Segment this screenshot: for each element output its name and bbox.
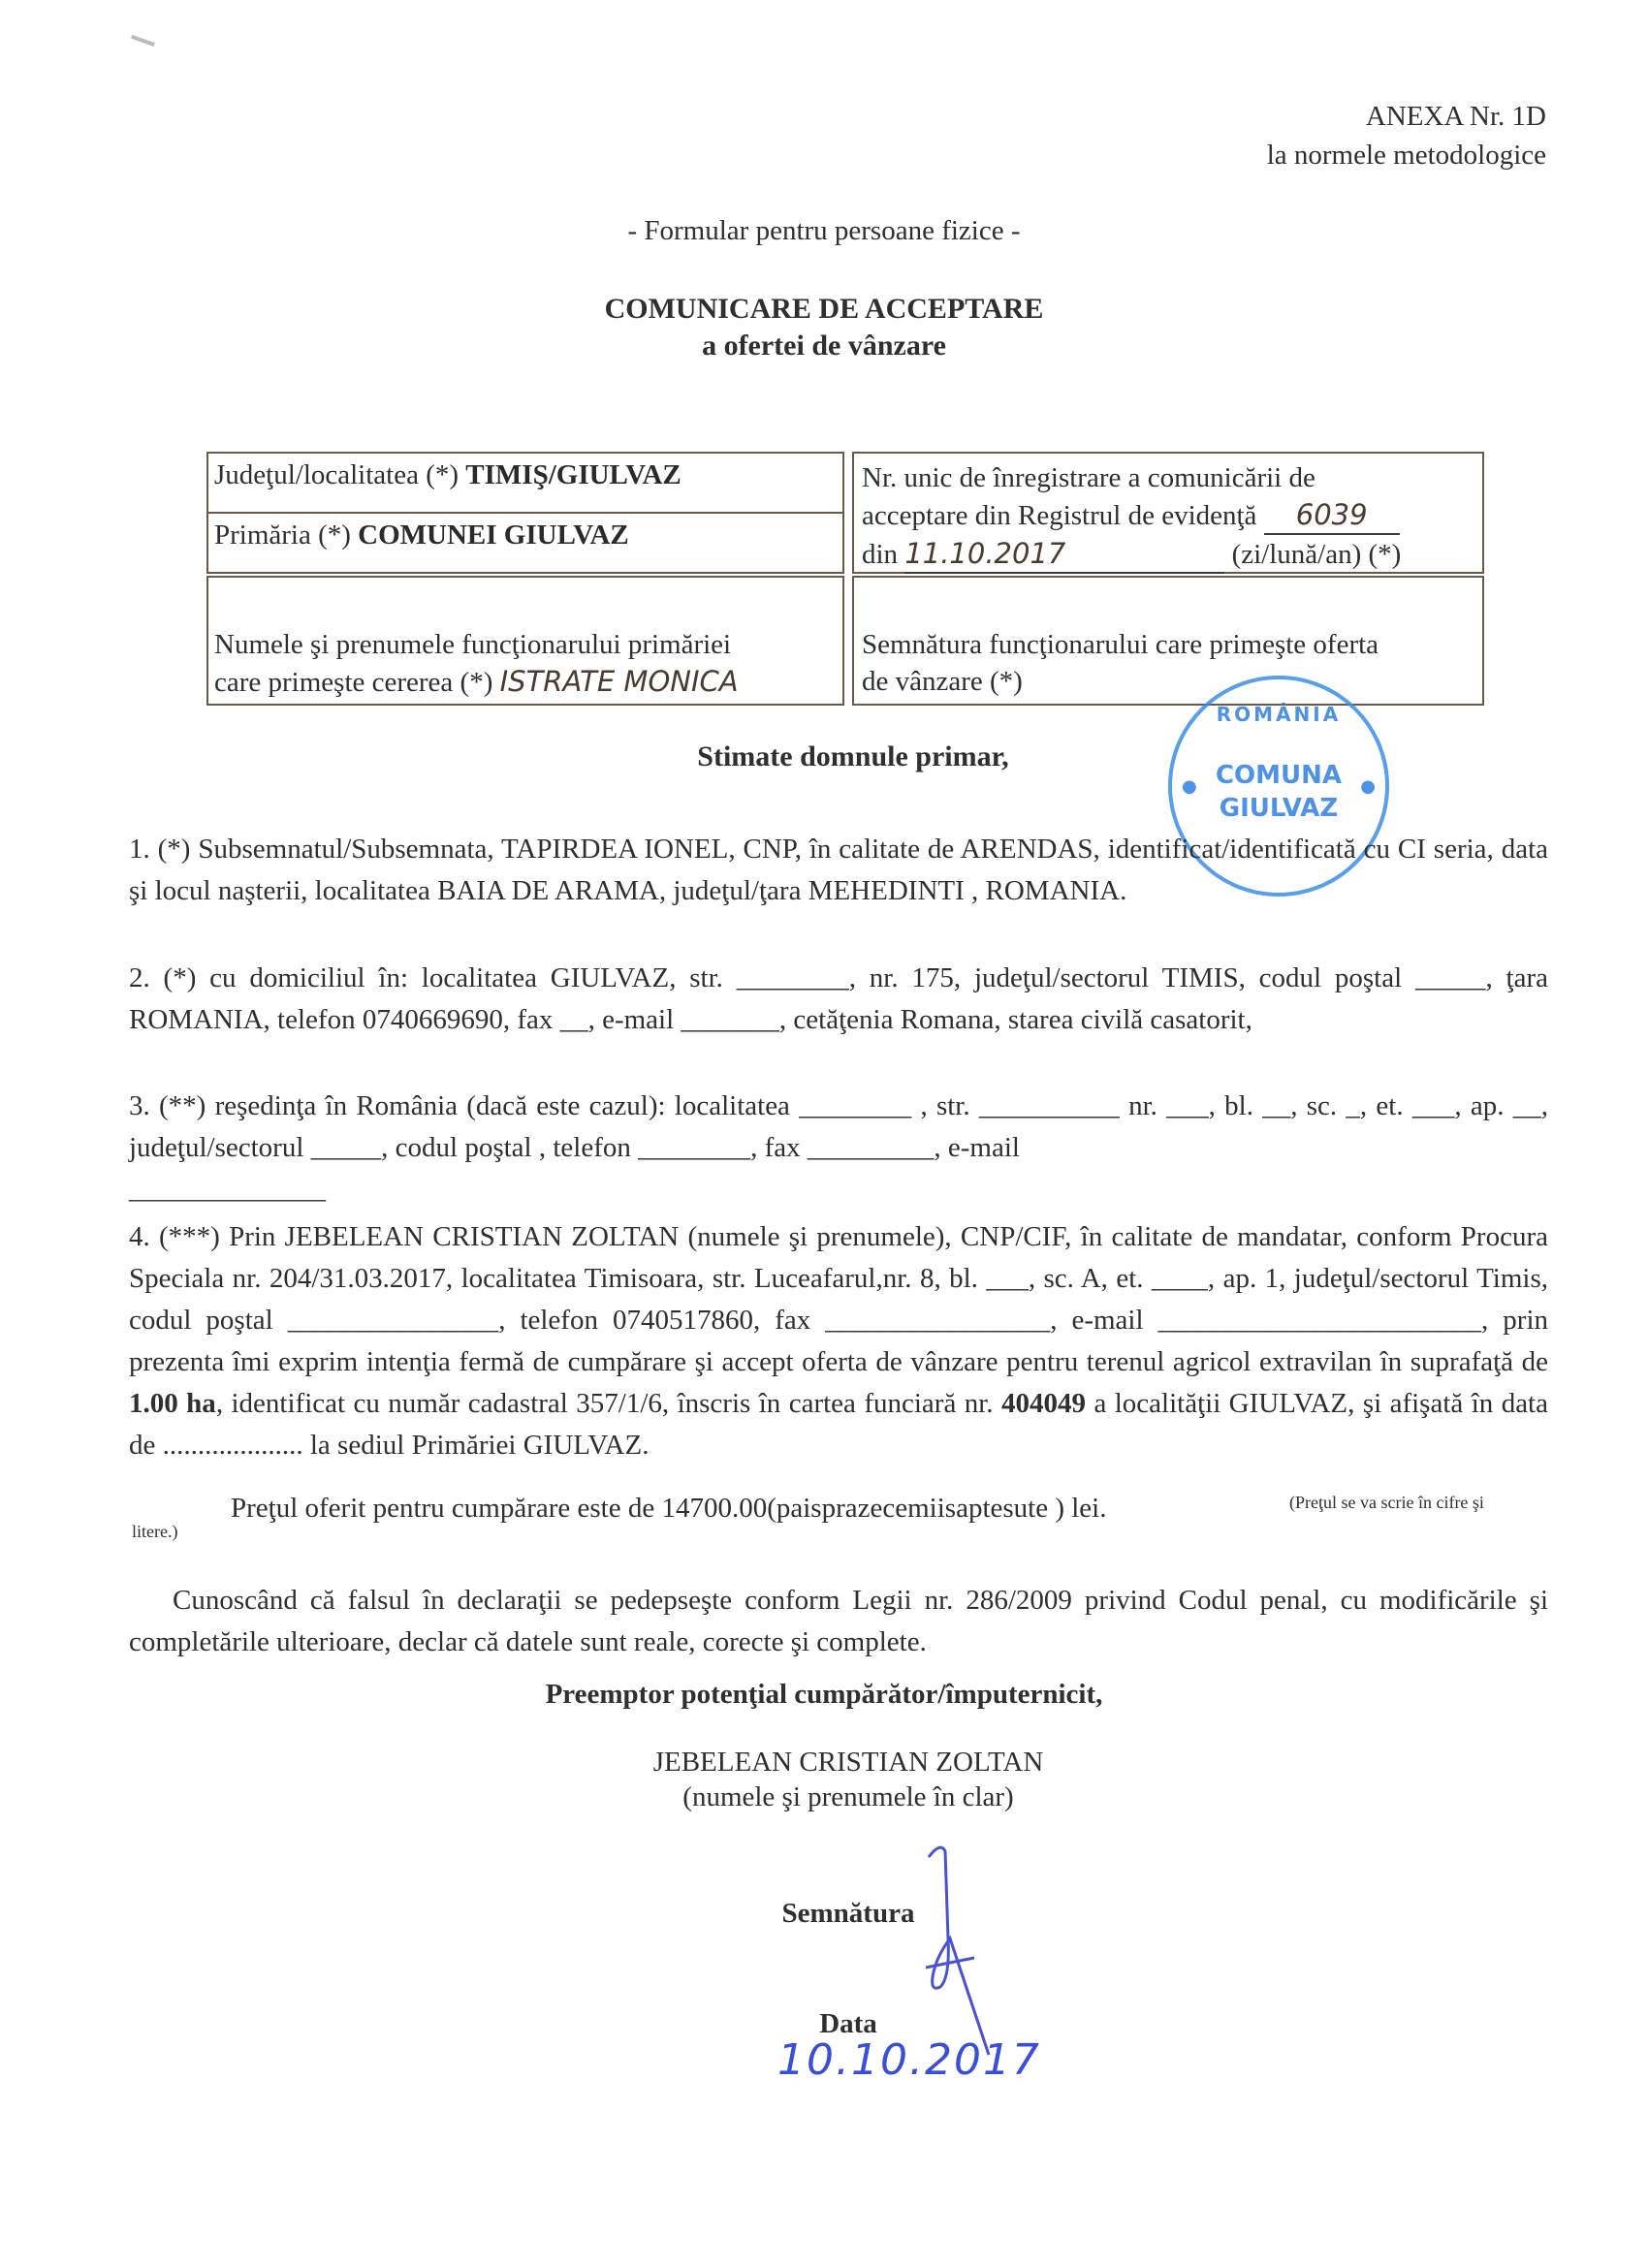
title-line-1: COMUNICARE DE ACCEPTARE: [0, 291, 1648, 328]
greeting: Stimate domnule primar,: [0, 740, 1648, 773]
reg-label-line-2: acceptare din Registrul de evidenţă: [862, 500, 1256, 531]
official-label-row: care primeşte cererea (*) ISTRATE MONICA: [214, 663, 837, 701]
land-registry-number: 404049: [1001, 1388, 1086, 1419]
annex-reference: ANEXA Nr. 1D la normele metodologice: [1267, 97, 1546, 174]
annex-note: la normele metodologice: [1267, 136, 1546, 174]
official-name-cell: Numele şi prenumele funcţionarului primă…: [206, 576, 844, 706]
annex-number: ANEXA Nr. 1D: [1267, 97, 1546, 136]
official-label-line-1: Numele şi prenumele funcţionarului primă…: [214, 626, 837, 663]
price-note: (Preţul se va scrie în cifre şi: [1289, 1493, 1484, 1513]
reg-date-prefix: din: [862, 539, 898, 570]
offered-price: Preţul oferit pentru cumpărare este de 1…: [231, 1493, 1106, 1525]
signature-label-line-1: Semnătura funcţionarului care primeşte o…: [862, 626, 1474, 663]
stamp-country: ROMÂNIA: [1172, 703, 1385, 726]
registration-table: Judeţul/localitatea (*) TIMIŞ/GIULVAZ Pr…: [206, 452, 1484, 706]
section-4-text: 4. (***) Prin JEBELEAN CRISTIAN ZOLTAN (…: [129, 1221, 1548, 1377]
signing-date-handwritten: 10.10.2017: [777, 2035, 1041, 2085]
reg-date-row: din 11.10.2017 (zi/lună/an) (*): [862, 535, 1474, 574]
townhall-value: COMUNEI GIULVAZ: [358, 520, 629, 551]
section-3-residence: 3. (**) reşedinţa în România (dacă este …: [129, 1086, 1548, 1211]
reg-number-handwritten: 6039: [1264, 496, 1400, 535]
section-4-mandatary: 4. (***) Prin JEBELEAN CRISTIAN ZOLTAN (…: [129, 1216, 1548, 1466]
official-label-line-2: care primeşte cererea (*): [214, 667, 492, 698]
document-title: COMUNICARE DE ACCEPTARE a ofertei de vân…: [0, 291, 1648, 364]
scan-artifact: [131, 35, 155, 47]
county-cell: Judeţul/localitatea (*) TIMIŞ/GIULVAZ: [206, 452, 844, 514]
section-3-text: 3. (**) reşedinţa în România (dacă este …: [129, 1090, 1548, 1163]
county-value: TIMIŞ/GIULVAZ: [465, 459, 681, 490]
land-area: 1.00 ha: [129, 1388, 216, 1419]
townhall-cell: Primăria (*) COMUNEI GIULVAZ: [206, 512, 844, 574]
section-4-mid: , identificat cu număr cadastral 357/1/6…: [216, 1388, 994, 1419]
official-signature-cell: Semnătura funcţionarului care primeşte o…: [852, 576, 1484, 706]
signatory-name: JEBELEAN CRISTIAN ZOLTAN: [0, 1747, 1648, 1779]
section-2-domicile: 2. (*) cu domiciliul în: localitatea GIU…: [129, 958, 1548, 1041]
stamp-dot-icon: ●: [1360, 776, 1376, 797]
section-3-email-blank: ______________: [129, 1174, 326, 1205]
official-name-handwritten: ISTRATE MONICA: [500, 665, 739, 698]
signatory-name-note: (numele şi prenumele în clar): [0, 1781, 1648, 1813]
reg-date-handwritten: 11.10.2017: [904, 535, 1224, 574]
legal-declaration: Cunoscând că falsul în declaraţii se ped…: [129, 1580, 1548, 1663]
title-line-2: a ofertei de vânzare: [0, 328, 1648, 364]
price-note-continued: litere.): [132, 1522, 177, 1542]
reg-date-suffix: (zi/lună/an) (*): [1232, 539, 1402, 570]
stamp-line-2: GIULVAZ: [1172, 792, 1385, 825]
form-subtitle: - Formular pentru persoane fizice -: [0, 215, 1648, 247]
county-label: Judeţul/localitatea (*): [214, 459, 459, 490]
reg-number-row: acceptare din Registrul de evidenţă 6039: [862, 496, 1474, 535]
townhall-label: Primăria (*): [214, 520, 351, 551]
signature-label-line-2: de vânzare (*): [862, 663, 1474, 700]
registration-number-cell: Nr. unic de înregistrare a comunicării d…: [852, 452, 1484, 574]
signatory-role: Preemptor potenţial cumpărător/împuterni…: [0, 1679, 1648, 1711]
reg-label-line-1: Nr. unic de înregistrare a comunicării d…: [862, 459, 1474, 496]
section-1-applicant: 1. (*) Subsemnatul/Subsemnata, TAPIRDEA …: [129, 829, 1548, 912]
